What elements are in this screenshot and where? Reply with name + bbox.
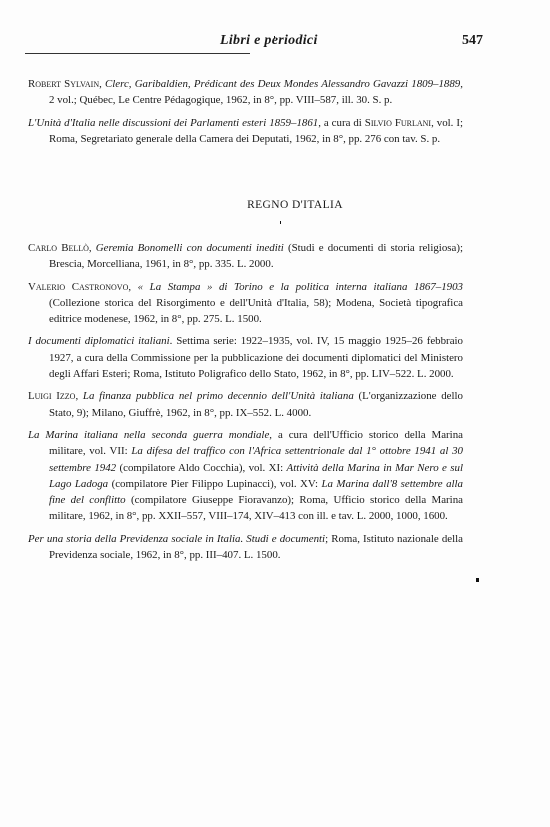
header-rule [25,53,250,54]
entry-title: I documenti diplomatici italiani [28,335,170,347]
entry-title: Per una storia della Previdenza sociale … [28,533,325,545]
bibliography-entry: L'Unità d'Italia nelle discussioni dei P… [28,115,463,148]
bibliography-entry: Per una storia della Previdenza sociale … [28,531,463,564]
entry-author: Carlo Bellò [28,242,89,254]
top-entries: Robert Sylvain, Clerc, Garibaldien, Préd… [28,76,463,147]
section-entries: Carlo Bellò, Geremia Bonomelli con docum… [28,240,463,563]
entry-title: Clerc, Garibaldien, Prédicant des Deux M… [105,78,460,90]
entry-title: La finanza pubblica nel primo decennio d… [83,390,354,402]
bibliography-entry: Luigi Izzo, La finanza pubblica nel prim… [28,388,463,421]
bibliography-entry: La Marina italiana nella seconda guerra … [28,427,463,525]
bibliography-entry: Robert Sylvain, Clerc, Garibaldien, Préd… [28,76,463,109]
scan-speck [476,578,479,582]
bibliography-entry: Carlo Bellò, Geremia Bonomelli con docum… [28,240,463,273]
page-number: 547 [462,33,483,49]
entry-title: La Marina italiana nella seconda guerra … [28,429,269,441]
running-title: Libri e periodici [220,33,318,49]
entry-author: Robert Sylvain [28,78,99,90]
section-heading: REGNO D'ITALIA [0,199,550,211]
entry-editor: Silvio Furlani [365,117,431,129]
entry-title: « La Stampa » di Torino e la politica in… [138,281,463,293]
entry-title: Geremia Bonomelli con documenti inediti [96,242,284,254]
entry-author: Valerio Castronovo [28,281,128,293]
entry-details-prefix: , a cura di [318,117,365,129]
entry-details: (Collezione storica del Risorgimento e d… [49,297,463,325]
page-header: Libri e periodici 547 [25,30,525,52]
entry-text: (compilatore Pier Filippo Lupinacci), vo… [108,478,321,490]
scan-speck [280,221,281,224]
entry-title: L'Unità d'Italia nelle discussioni dei P… [28,117,318,129]
entry-author: Luigi Izzo [28,390,75,402]
entry-text: (compilatore Aldo Cocchia), vol. XI: [116,462,286,474]
bibliography-entry: Valerio Castronovo, « La Stampa » di Tor… [28,279,463,328]
scan-speck [274,36,275,38]
bibliography-entry: I documenti diplomatici italiani. Settim… [28,333,463,382]
